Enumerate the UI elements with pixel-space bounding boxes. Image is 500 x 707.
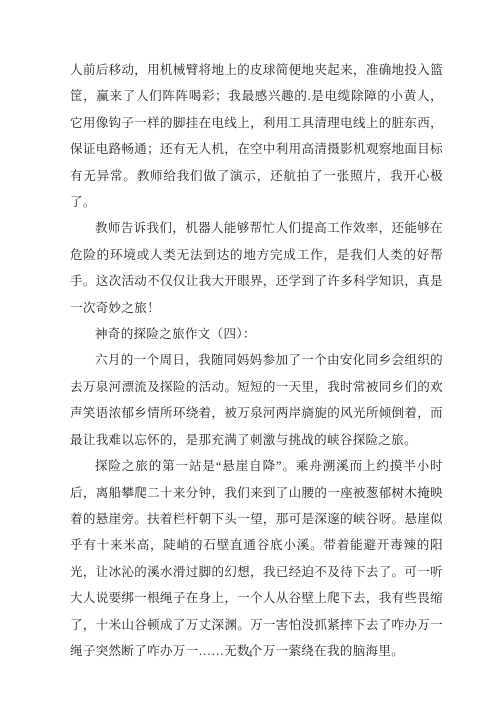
page-number: 4: [0, 650, 500, 660]
paragraph-continuation: 人前后移动，用机械臂将地上的皮球简便地夹起来，准确地投入篮筐，赢来了人们阵阵喝彩…: [70, 57, 443, 215]
document-page: 人前后移动，用机械臂将地上的皮球简便地夹起来，准确地投入篮筐，赢来了人们阵阵喝彩…: [0, 0, 500, 707]
document-body: 人前后移动，用机械臂将地上的皮球简便地夹起来，准确地投入篮筐，赢来了人们阵阵喝彩…: [70, 57, 443, 664]
paragraph: 六月的一个周日，我随同妈妈参加了一个由安化同乡会组织的去万泉河漂流及探险的活动。…: [70, 347, 443, 453]
paragraph: 探险之旅的第一站是“悬崖自降”。乘舟溯溪而上约摸半小时后，离船攀爬二十来分钟，我…: [70, 453, 443, 664]
paragraph-section-heading: 神奇的探险之旅作文（四）：: [70, 321, 443, 347]
paragraph: 教师告诉我们，机器人能够帮忙人们提高工作效率，还能够在危险的环境或人类无法到达的…: [70, 215, 443, 321]
